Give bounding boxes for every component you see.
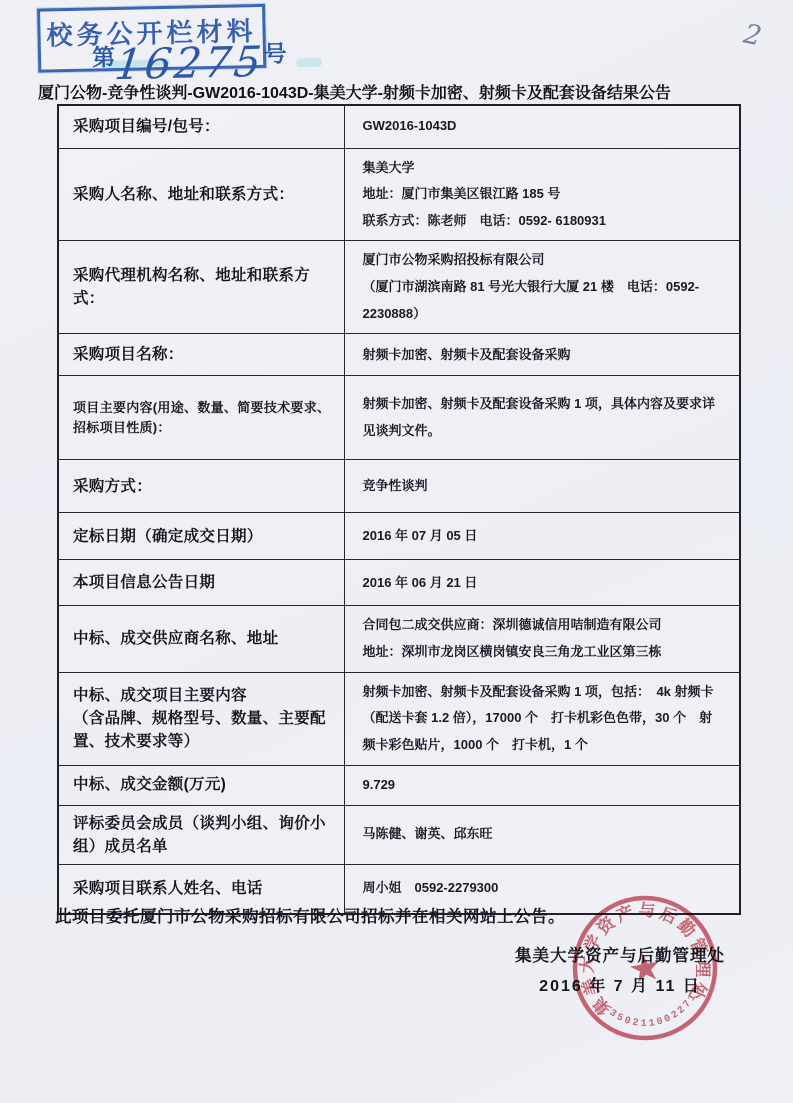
table-row: 中标、成交项目主要内容 （含品牌、规格型号、数量、主要配置、技术要求等） 射频卡… [58, 672, 740, 765]
row-value: 9.729 [344, 765, 740, 805]
results-table: 采购项目编号/包号： GW2016-1043D 采购人名称、地址和联系方式： 集… [57, 104, 741, 915]
row-value: 马陈健、谢英、邱东旺 [344, 805, 740, 865]
table-row: 采购项目名称： 射频卡加密、射频卡及配套设备采购 [58, 334, 740, 376]
table-row: 采购人名称、地址和联系方式： 集美大学 地址：厦门市集美区银江路 185 号 联… [58, 148, 740, 241]
stamp-number-prefix: 第 [92, 44, 116, 71]
stamp-number-suffix: 号 [263, 40, 287, 67]
row-label: 定标日期（确定成交日期） [58, 513, 344, 560]
row-value: 竞争性谈判 [344, 460, 740, 513]
table-row: 采购项目编号/包号： GW2016-1043D [58, 105, 740, 148]
table-row: 评标委员会成员（谈判小组、询价小组）成员名单 马陈健、谢英、邱东旺 [58, 805, 740, 865]
signature-org: 集美大学资产与后勤管理处 [500, 942, 740, 966]
row-value: GW2016-1043D [344, 105, 740, 148]
row-label: 中标、成交金额(万元) [58, 765, 344, 805]
footer-note: 此项目委托厦门市公物采购招标有限公司招标并在相关网站上公告。 [55, 903, 565, 927]
row-value: 射频卡加密、射频卡及配套设备采购 1 项，包括： 4k 射频卡（配送卡套 1.2… [344, 672, 740, 765]
signature-date: 2016 年 7 月 11 日 [500, 973, 740, 996]
row-value: 射频卡加密、射频卡及配套设备采购 [344, 334, 740, 376]
table-row: 采购代理机构名称、地址和联系方式： 厦门市公物采购招投标有限公司 （厦门市湖滨南… [58, 241, 740, 334]
scan-smudge [296, 58, 322, 68]
table-row: 中标、成交供应商名称、地址 合同包二成交供应商：深圳德诚信用咭制造有限公司 地址… [58, 606, 740, 672]
row-value: 合同包二成交供应商：深圳德诚信用咭制造有限公司 地址：深圳市龙岗区横岗镇安良三角… [344, 606, 740, 672]
row-label: 采购代理机构名称、地址和联系方式： [58, 241, 344, 334]
row-label: 中标、成交项目主要内容 （含品牌、规格型号、数量、主要配置、技术要求等） [58, 672, 344, 765]
row-value: 2016 年 07 月 05 日 [344, 513, 740, 560]
row-value: 2016 年 06 月 21 日 [344, 560, 740, 606]
row-label: 采购项目名称： [58, 334, 344, 376]
table-row: 本项目信息公告日期 2016 年 06 月 21 日 [58, 560, 740, 606]
table-row: 项目主要内容(用途、数量、简要技术要求、招标项目性质)： 射频卡加密、射频卡及配… [58, 376, 740, 460]
table-row: 采购方式： 竞争性谈判 [58, 460, 740, 513]
row-label: 采购方式： [58, 460, 344, 513]
row-label: 项目主要内容(用途、数量、简要技术要求、招标项目性质)： [58, 376, 344, 460]
row-value: 集美大学 地址：厦门市集美区银江路 185 号 联系方式：陈老师 电话：0592… [344, 148, 740, 241]
row-value: 射频卡加密、射频卡及配套设备采购 1 项，具体内容及要求详见谈判文件。 [344, 376, 740, 460]
handwritten-page-mark: 2 [741, 19, 764, 53]
archive-stamp: 校务公开栏材料 第16275号 [33, 1, 295, 106]
row-label: 中标、成交供应商名称、地址 [58, 606, 344, 672]
row-label: 评标委员会成员（谈判小组、询价小组）成员名单 [58, 805, 344, 865]
row-label: 本项目信息公告日期 [58, 560, 344, 606]
signature-block: 集美大学资产与后勤管理处 2016 年 7 月 11 日 [500, 942, 740, 996]
row-label: 采购人名称、地址和联系方式： [58, 148, 344, 241]
stamp-number-handwritten: 16275 [112, 37, 266, 89]
archive-stamp-number: 第16275号 [92, 35, 288, 89]
row-label: 采购项目编号/包号： [58, 105, 344, 148]
table-row: 定标日期（确定成交日期） 2016 年 07 月 05 日 [58, 513, 740, 560]
row-value: 厦门市公物采购招投标有限公司 （厦门市湖滨南路 81 号光大银行大厦 21 楼 … [344, 241, 740, 334]
table-row: 中标、成交金额(万元) 9.729 [58, 765, 740, 805]
